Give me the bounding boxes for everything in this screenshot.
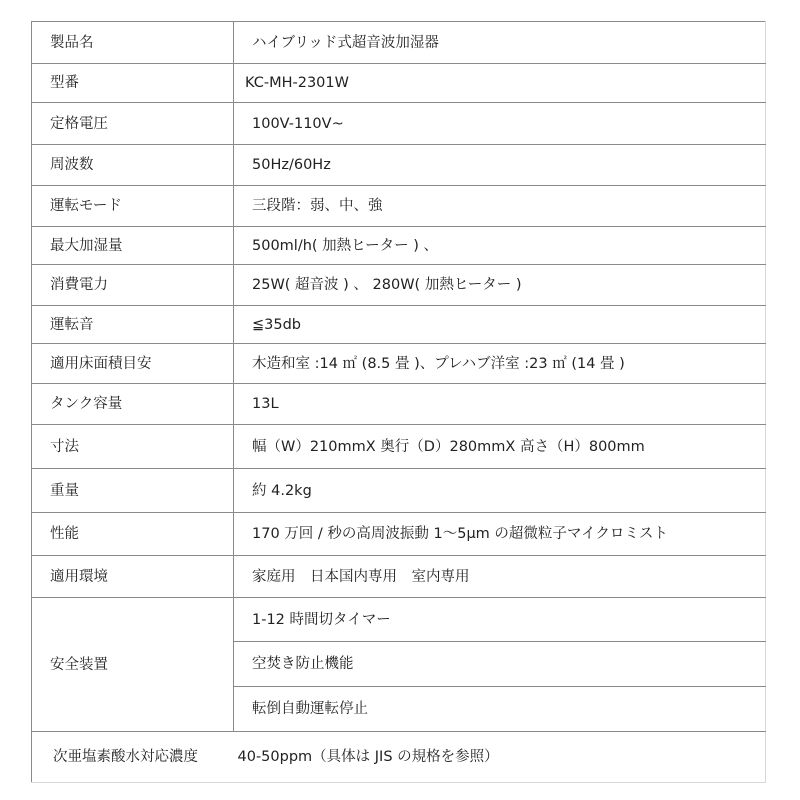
- row-value: 木造和室 :14 ㎡ (8.5 畳 )、プレハブ洋室 :23 ㎡ (14 畳 ): [234, 344, 766, 384]
- row-label: 重量: [32, 469, 234, 513]
- row-label: 型番: [32, 64, 234, 103]
- row-label: 運転モード: [32, 186, 234, 227]
- table-row-floor-area: 適用床面積目安 木造和室 :14 ㎡ (8.5 畳 )、プレハブ洋室 :23 ㎡…: [32, 344, 766, 384]
- row-value: ハイブリッド式超音波加湿器: [234, 22, 766, 64]
- row-label: 製品名: [32, 22, 234, 64]
- table-row-noise: 運転音 ≦35db: [32, 306, 766, 344]
- row-label: 周波数: [32, 145, 234, 186]
- row-value: KC-MH-2301W: [234, 64, 766, 103]
- row-label: 最大加湿量: [32, 227, 234, 265]
- table-row-safety: 安全装置 1-12 時間切タイマー: [32, 598, 766, 642]
- row-value: 25W( 超音波 ) 、 280W( 加熱ヒーター ): [234, 265, 766, 306]
- table-row-model: 型番 KC-MH-2301W: [32, 64, 766, 103]
- row-label: 適用環境: [32, 556, 234, 598]
- safety-item: 1-12 時間切タイマー: [234, 598, 766, 642]
- table-row-frequency: 周波数 50Hz/60Hz: [32, 145, 766, 186]
- row-label: 消費電力: [32, 265, 234, 306]
- table-row-performance: 性能 170 万回 / 秒の高周波振動 1～5µm の超微粒子マイクロミスト: [32, 513, 766, 556]
- row-value: 170 万回 / 秒の高周波振動 1～5µm の超微粒子マイクロミスト: [234, 513, 766, 556]
- table-row-power: 消費電力 25W( 超音波 ) 、 280W( 加熱ヒーター ): [32, 265, 766, 306]
- row-value: ≦35db: [234, 306, 766, 344]
- table-row-tank: タンク容量 13L: [32, 384, 766, 425]
- row-label: 寸法: [32, 425, 234, 469]
- row-label: 次亜塩素酸水対応濃度: [32, 732, 234, 783]
- safety-item: 空焚き防止機能: [234, 642, 766, 687]
- table-row-hypochlorous: 次亜塩素酸水対応濃度 40-50ppm（具体は JIS の規格を参照）: [32, 732, 766, 783]
- table-row-environment: 適用環境 家庭用 日本国内専用 室内専用: [32, 556, 766, 598]
- safety-item: 転倒自動運転停止: [234, 687, 766, 732]
- safety-label: 安全装置: [32, 598, 234, 732]
- row-value: 幅（W）210mmX 奥行（D）280mmX 高さ（H）800mm: [234, 425, 766, 469]
- table-row-max-humidification: 最大加湿量 500ml/h( 加熱ヒーター ) 、: [32, 227, 766, 265]
- table-row-product-name: 製品名 ハイブリッド式超音波加湿器: [32, 22, 766, 64]
- spec-table: 製品名 ハイブリッド式超音波加湿器 型番 KC-MH-2301W 定格電圧 10…: [31, 21, 766, 783]
- table-row-voltage: 定格電圧 100V-110V~: [32, 103, 766, 145]
- row-value: 500ml/h( 加熱ヒーター ) 、: [234, 227, 766, 265]
- row-label: 性能: [32, 513, 234, 556]
- row-label: 運転音: [32, 306, 234, 344]
- row-value: 100V-110V~: [234, 103, 766, 145]
- row-value: 40-50ppm（具体は JIS の規格を参照）: [234, 732, 766, 783]
- table-row-weight: 重量 約 4.2kg: [32, 469, 766, 513]
- table-row-mode: 運転モード 三段階：弱、中、強: [32, 186, 766, 227]
- row-label: タンク容量: [32, 384, 234, 425]
- row-value: 約 4.2kg: [234, 469, 766, 513]
- row-label: 定格電圧: [32, 103, 234, 145]
- row-value: 13L: [234, 384, 766, 425]
- row-value: 三段階：弱、中、強: [234, 186, 766, 227]
- table-row-dimensions: 寸法 幅（W）210mmX 奥行（D）280mmX 高さ（H）800mm: [32, 425, 766, 469]
- row-label: 適用床面積目安: [32, 344, 234, 384]
- row-value: 家庭用 日本国内専用 室内専用: [234, 556, 766, 598]
- row-value: 50Hz/60Hz: [234, 145, 766, 186]
